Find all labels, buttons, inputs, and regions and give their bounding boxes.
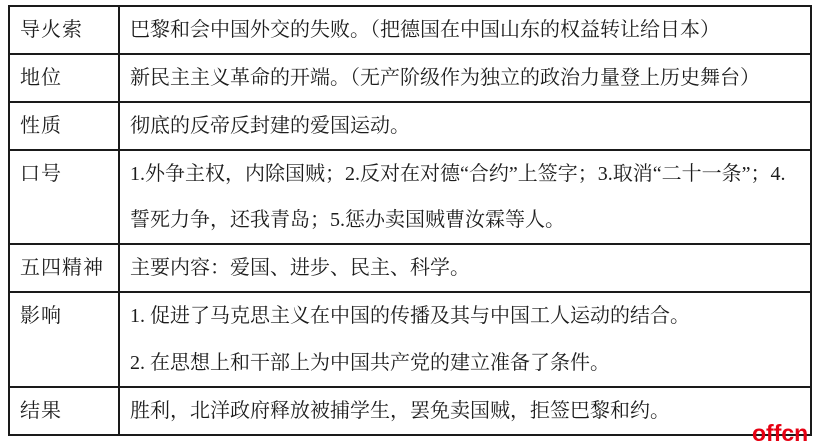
row-label: 口号 — [10, 151, 120, 243]
row-label: 结果 — [10, 388, 120, 434]
row-content: 胜利，北洋政府释放被捕学生，罢免卖国贼，拒签巴黎和约。 — [120, 388, 810, 434]
row-content: 主要内容：爱国、进步、民主、科学。 — [120, 245, 810, 291]
row-label: 地位 — [10, 55, 120, 101]
influence-line-1: 1. 促进了马克思主义在中国的传播及其与中国工人运动的结合。 — [130, 293, 804, 340]
row-label: 五四精神 — [10, 245, 120, 291]
offcn-watermark: offcn — [752, 420, 808, 442]
row-content: 新民主主义革命的开端。（无产阶级作为独立的政治力量登上历史舞台） — [120, 55, 810, 101]
table-row-slogans: 口号 1.外争主权，内除国贼；2.反对在对德“合约”上签字；3.取消“二十一条”… — [10, 151, 810, 245]
row-content: 1. 促进了马克思主义在中国的传播及其与中国工人运动的结合。 2. 在思想上和干… — [120, 293, 810, 386]
table-row-influence: 影响 1. 促进了马克思主义在中国的传播及其与中国工人运动的结合。 2. 在思想… — [10, 293, 810, 388]
table-row-spirit: 五四精神 主要内容：爱国、进步、民主、科学。 — [10, 245, 810, 293]
row-content: 彻底的反帝反封建的爱国运动。 — [120, 103, 810, 149]
row-content: 巴黎和会中国外交的失败。（把德国在中国山东的权益转让给日本） — [120, 7, 810, 53]
may-fourth-movement-notes-table: 导火索 巴黎和会中国外交的失败。（把德国在中国山东的权益转让给日本） 地位 新民… — [8, 5, 812, 436]
table-row-status: 地位 新民主主义革命的开端。（无产阶级作为独立的政治力量登上历史舞台） — [10, 55, 810, 103]
row-label: 导火索 — [10, 7, 120, 53]
row-label: 影响 — [10, 293, 120, 386]
table-row-result: 结果 胜利，北洋政府释放被捕学生，罢免卖国贼，拒签巴黎和约。 — [10, 388, 810, 434]
row-label: 性质 — [10, 103, 120, 149]
table-row-nature: 性质 彻底的反帝反封建的爱国运动。 — [10, 103, 810, 151]
table-row-trigger: 导火索 巴黎和会中国外交的失败。（把德国在中国山东的权益转让给日本） — [10, 7, 810, 55]
row-content: 1.外争主权，内除国贼；2.反对在对德“合约”上签字；3.取消“二十一条”；4.… — [120, 151, 810, 243]
influence-line-2: 2. 在思想上和干部上为中国共产党的建立准备了条件。 — [130, 340, 804, 387]
